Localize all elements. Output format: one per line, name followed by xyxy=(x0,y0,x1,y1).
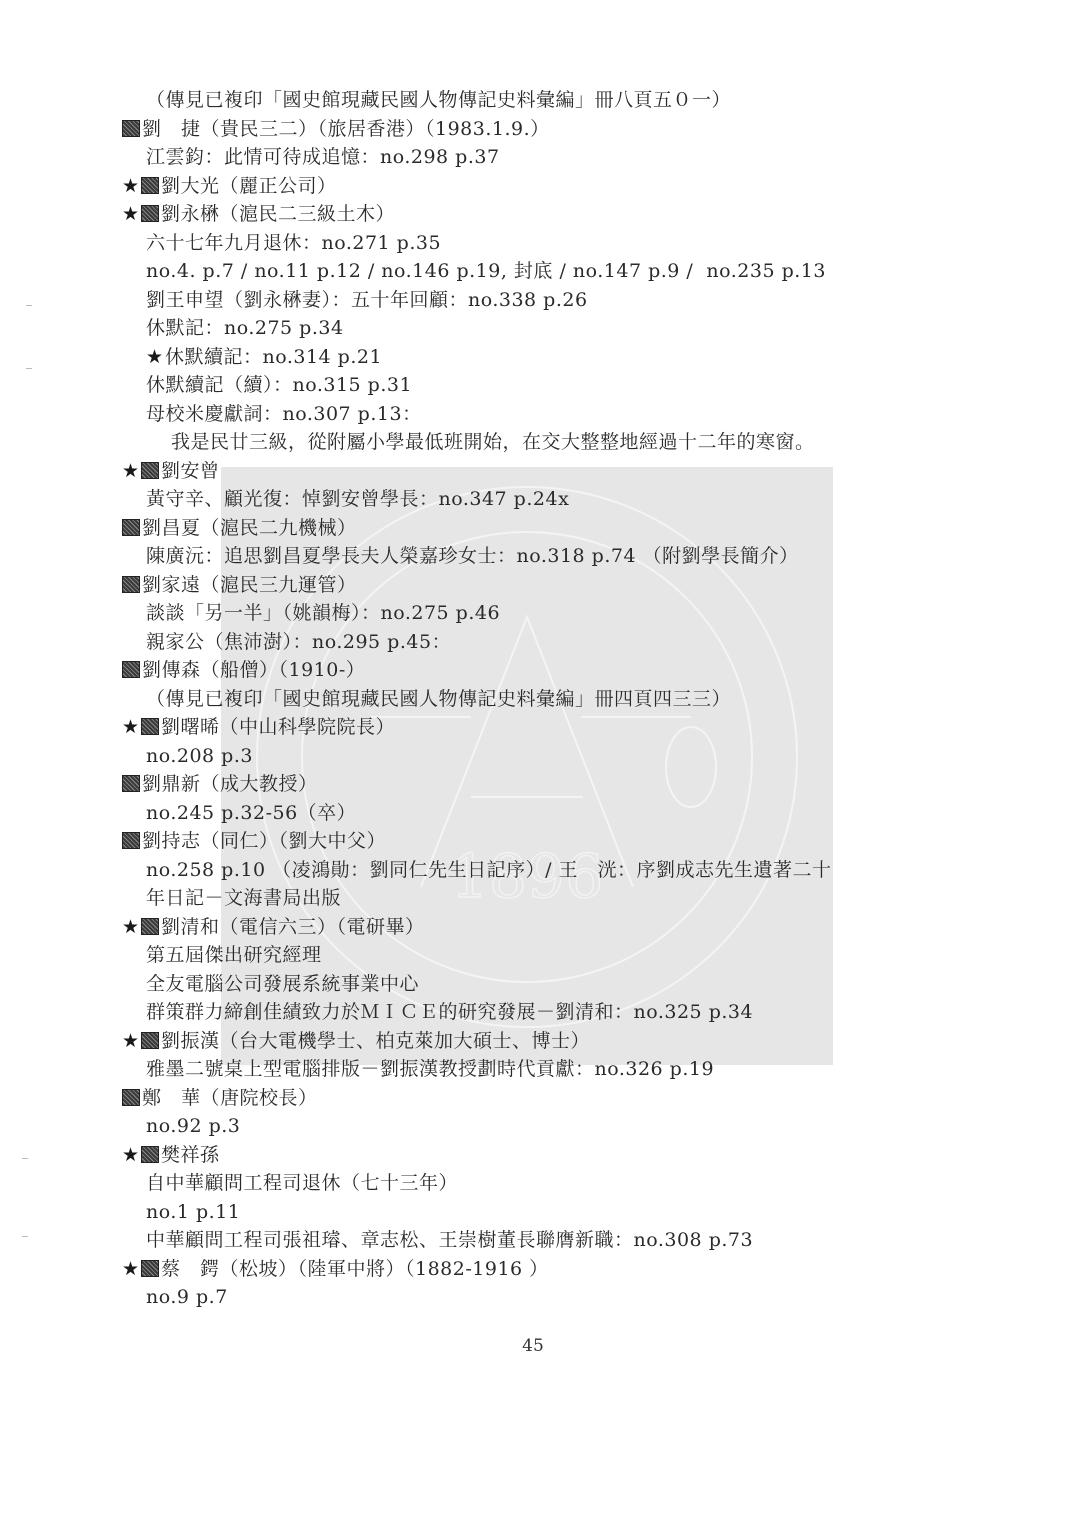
square-bullet-icon xyxy=(122,832,140,849)
square-bullet-icon xyxy=(122,661,140,678)
entry-heading: 劉家遠（滬民三九運管） xyxy=(122,571,357,599)
entry-text: 我是民廿三級，從附屬小學最低班開始，在交大整整地經過十二年的寒窗。 xyxy=(171,431,815,453)
star-icon: ★ xyxy=(122,913,141,941)
star-icon: ★ xyxy=(122,1027,141,1055)
entry-text: 六十七年九月退休：no.271 p.35 xyxy=(146,232,441,254)
entry-line: 第五屆傑出研究經理 xyxy=(146,941,322,969)
entry-line: no.4. p.7 / no.11 p.12 / no.146 p.19, 封底… xyxy=(146,257,826,285)
square-bullet-icon xyxy=(141,462,159,479)
entry-heading: 劉持志（同仁）（劉大中父） xyxy=(122,827,386,855)
entry-line: （傳見已複印「國史館現藏民國人物傳記史料彙編」冊八頁五０一） xyxy=(146,86,731,114)
entry-text: 全友電腦公司發展系統事業中心 xyxy=(146,973,419,995)
entry-text: 劉王申望（劉永楙妻）：五十年回顧：no.338 p.26 xyxy=(146,289,588,311)
entry-text: 休默續記：no.314 p.21 xyxy=(165,346,382,368)
entry-text: no.4. p.7 / no.11 p.12 / no.146 p.19, 封底… xyxy=(146,260,826,282)
entry-text: 劉永楙（滬民二三級土木） xyxy=(161,203,395,225)
entry-text: 劉大光（麗正公司） xyxy=(161,175,337,197)
square-bullet-icon xyxy=(141,918,159,935)
entry-line: 我是民廿三級，從附屬小學最低班開始，在交大整整地經過十二年的寒窗。 xyxy=(171,428,815,456)
entry-line: 陳廣沅：追思劉昌夏學長夫人榮嘉珍女士：no.318 p.74 （附劉學長簡介） xyxy=(146,542,799,570)
entry-line: 群策群力締創佳績致力於ＭＩＣＥ的研究發展－劉清和：no.325 p.34 xyxy=(146,998,753,1026)
entry-line: 全友電腦公司發展系統事業中心 xyxy=(146,970,419,998)
entry-text: 劉家遠（滬民三九運管） xyxy=(142,574,357,596)
entry-line: no.208 p.3 xyxy=(146,742,253,770)
entry-line: （傳見已複印「國史館現藏民國人物傳記史料彙編」冊四頁四三三） xyxy=(146,685,731,713)
entry-heading: ★蔡 鍔（松坡）（陸軍中將）（1882-1916 ） xyxy=(122,1255,549,1283)
entry-line: no.1 p.11 xyxy=(146,1198,240,1226)
entry-line: 六十七年九月退休：no.271 p.35 xyxy=(146,229,441,257)
document-page: （傳見已複印「國史館現藏民國人物傳記史料彙編」冊八頁五０一）劉 捷（貴民三二）（… xyxy=(0,0,1066,1536)
entry-heading: 劉昌夏（滬民二九機械） xyxy=(122,514,357,542)
entry-line: no.258 p.10 （凌鴻勛：劉同仁先生日記序）/ 王 洸：序劉成志先生遺著… xyxy=(146,856,832,884)
entry-text: no.1 p.11 xyxy=(146,1201,240,1223)
entry-text: 鄭 華（唐院校長） xyxy=(142,1087,318,1109)
entry-text: 劉鼎新（成大教授） xyxy=(142,773,318,795)
entry-heading: ★劉永楙（滬民二三級土木） xyxy=(122,200,395,228)
square-bullet-icon xyxy=(141,1260,159,1277)
entry-text: 母校米慶獻詞：no.307 p.13： xyxy=(146,403,422,425)
entry-line: no.245 p.32-56（卒） xyxy=(146,799,356,827)
star-icon: ★ xyxy=(146,343,165,371)
entry-text: no.245 p.32-56（卒） xyxy=(146,802,356,824)
entry-line: 年日記－文海書局出版 xyxy=(146,884,341,912)
entry-text: 中華顧問工程司張祖璿、章志松、王崇樹董長聯膺新職：no.308 p.73 xyxy=(146,1229,753,1251)
entry-line: ★休默續記：no.314 p.21 xyxy=(146,343,382,371)
entry-text: 劉曙晞（中山科學院院長） xyxy=(161,716,395,738)
entry-text: 劉昌夏（滬民二九機械） xyxy=(142,517,357,539)
square-bullet-icon xyxy=(122,519,140,536)
entry-text: 劉振漢（台大電機學士、柏克萊加大碩士、博士） xyxy=(161,1030,590,1052)
square-bullet-icon xyxy=(122,775,140,792)
entry-heading: ★劉振漢（台大電機學士、柏克萊加大碩士、博士） xyxy=(122,1027,590,1055)
entry-text: 親家公（焦沛澍）：no.295 p.45： xyxy=(146,631,451,653)
star-icon: ★ xyxy=(122,1255,141,1283)
entry-text: 自中華顧問工程司退休（七十三年） xyxy=(146,1172,458,1194)
star-icon: ★ xyxy=(122,172,141,200)
entry-line: 談談「另一半」（姚韻梅）：no.275 p.46 xyxy=(146,599,500,627)
entry-text: 第五屆傑出研究經理 xyxy=(146,944,322,966)
star-icon: ★ xyxy=(122,1141,141,1169)
entry-line: 親家公（焦沛澍）：no.295 p.45： xyxy=(146,628,451,656)
entry-text: no.92 p.3 xyxy=(146,1115,240,1137)
entry-heading: 劉 捷（貴民三二）（旅居香港）（1983.1.9.） xyxy=(122,115,550,143)
entry-text: no.258 p.10 （凌鴻勛：劉同仁先生日記序）/ 王 洸：序劉成志先生遺著… xyxy=(146,859,832,881)
entry-line: 黃守辛、顧光復：悼劉安曾學長：no.347 p.24x xyxy=(146,485,569,513)
square-bullet-icon xyxy=(122,576,140,593)
entry-text: 蔡 鍔（松坡）（陸軍中將）（1882-1916 ） xyxy=(161,1258,549,1280)
entry-text: no.208 p.3 xyxy=(146,745,253,767)
entry-line: 中華顧問工程司張祖璿、章志松、王崇樹董長聯膺新職：no.308 p.73 xyxy=(146,1226,753,1254)
entry-line: 劉王申望（劉永楙妻）：五十年回顧：no.338 p.26 xyxy=(146,286,588,314)
entry-line: no.9 p.7 xyxy=(146,1283,228,1311)
entry-text: no.9 p.7 xyxy=(146,1286,228,1308)
entry-text: 劉持志（同仁）（劉大中父） xyxy=(142,830,386,852)
entry-text: 休默記：no.275 p.34 xyxy=(146,317,344,339)
entry-heading: 劉鼎新（成大教授） xyxy=(122,770,318,798)
square-bullet-icon xyxy=(141,205,159,222)
entry-heading: ★樊祥孫 xyxy=(122,1141,220,1169)
square-bullet-icon xyxy=(141,718,159,735)
entry-text: 群策群力締創佳績致力於ＭＩＣＥ的研究發展－劉清和：no.325 p.34 xyxy=(146,1001,753,1023)
entry-line: 自中華顧問工程司退休（七十三年） xyxy=(146,1169,458,1197)
entry-heading: 劉傳森（船僧）（1910-） xyxy=(122,656,365,684)
square-bullet-icon xyxy=(122,1089,140,1106)
entry-text: 樊祥孫 xyxy=(161,1144,220,1166)
entry-text: 年日記－文海書局出版 xyxy=(146,887,341,909)
entry-text: 江雲鈞：此情可待成追憶：no.298 p.37 xyxy=(146,146,500,168)
entry-text: 劉傳森（船僧）（1910-） xyxy=(142,659,365,681)
star-icon: ★ xyxy=(122,200,141,228)
entry-text: （傳見已複印「國史館現藏民國人物傳記史料彙編」冊四頁四三三） xyxy=(146,688,731,710)
entry-text: （傳見已複印「國史館現藏民國人物傳記史料彙編」冊八頁五０一） xyxy=(146,89,731,111)
entry-line: 雅墨二號桌上型電腦排版－劉振漢教授劃時代貢獻：no.326 p.19 xyxy=(146,1055,714,1083)
entry-line: 休默記：no.275 p.34 xyxy=(146,314,344,342)
entry-line: 母校米慶獻詞：no.307 p.13： xyxy=(146,400,422,428)
entry-heading: ★劉清和（電信六三）（電研畢） xyxy=(122,913,425,941)
entry-text: 休默續記（續）：no.315 p.31 xyxy=(146,374,412,396)
entry-heading: ★劉大光（麗正公司） xyxy=(122,172,337,200)
square-bullet-icon xyxy=(122,120,140,137)
entry-text: 劉安曾 xyxy=(161,460,220,482)
entry-text: 談談「另一半」（姚韻梅）：no.275 p.46 xyxy=(146,602,500,624)
entry-line: 江雲鈞：此情可待成追憶：no.298 p.37 xyxy=(146,143,500,171)
entry-text: 雅墨二號桌上型電腦排版－劉振漢教授劃時代貢獻：no.326 p.19 xyxy=(146,1058,714,1080)
square-bullet-icon xyxy=(141,177,159,194)
entry-line: 休默續記（續）：no.315 p.31 xyxy=(146,371,412,399)
square-bullet-icon xyxy=(141,1032,159,1049)
entry-line: no.92 p.3 xyxy=(146,1112,240,1140)
entry-heading: ★劉安曾 xyxy=(122,457,220,485)
square-bullet-icon xyxy=(141,1146,159,1163)
star-icon: ★ xyxy=(122,713,141,741)
entry-text: 陳廣沅：追思劉昌夏學長夫人榮嘉珍女士：no.318 p.74 （附劉學長簡介） xyxy=(146,545,799,567)
star-icon: ★ xyxy=(122,457,141,485)
entry-text: 黃守辛、顧光復：悼劉安曾學長：no.347 p.24x xyxy=(146,488,569,510)
entry-heading: 鄭 華（唐院校長） xyxy=(122,1084,318,1112)
entry-text: 劉 捷（貴民三二）（旅居香港）（1983.1.9.） xyxy=(142,118,550,140)
entry-heading: ★劉曙晞（中山科學院院長） xyxy=(122,713,395,741)
entry-text: 劉清和（電信六三）（電研畢） xyxy=(161,916,425,938)
